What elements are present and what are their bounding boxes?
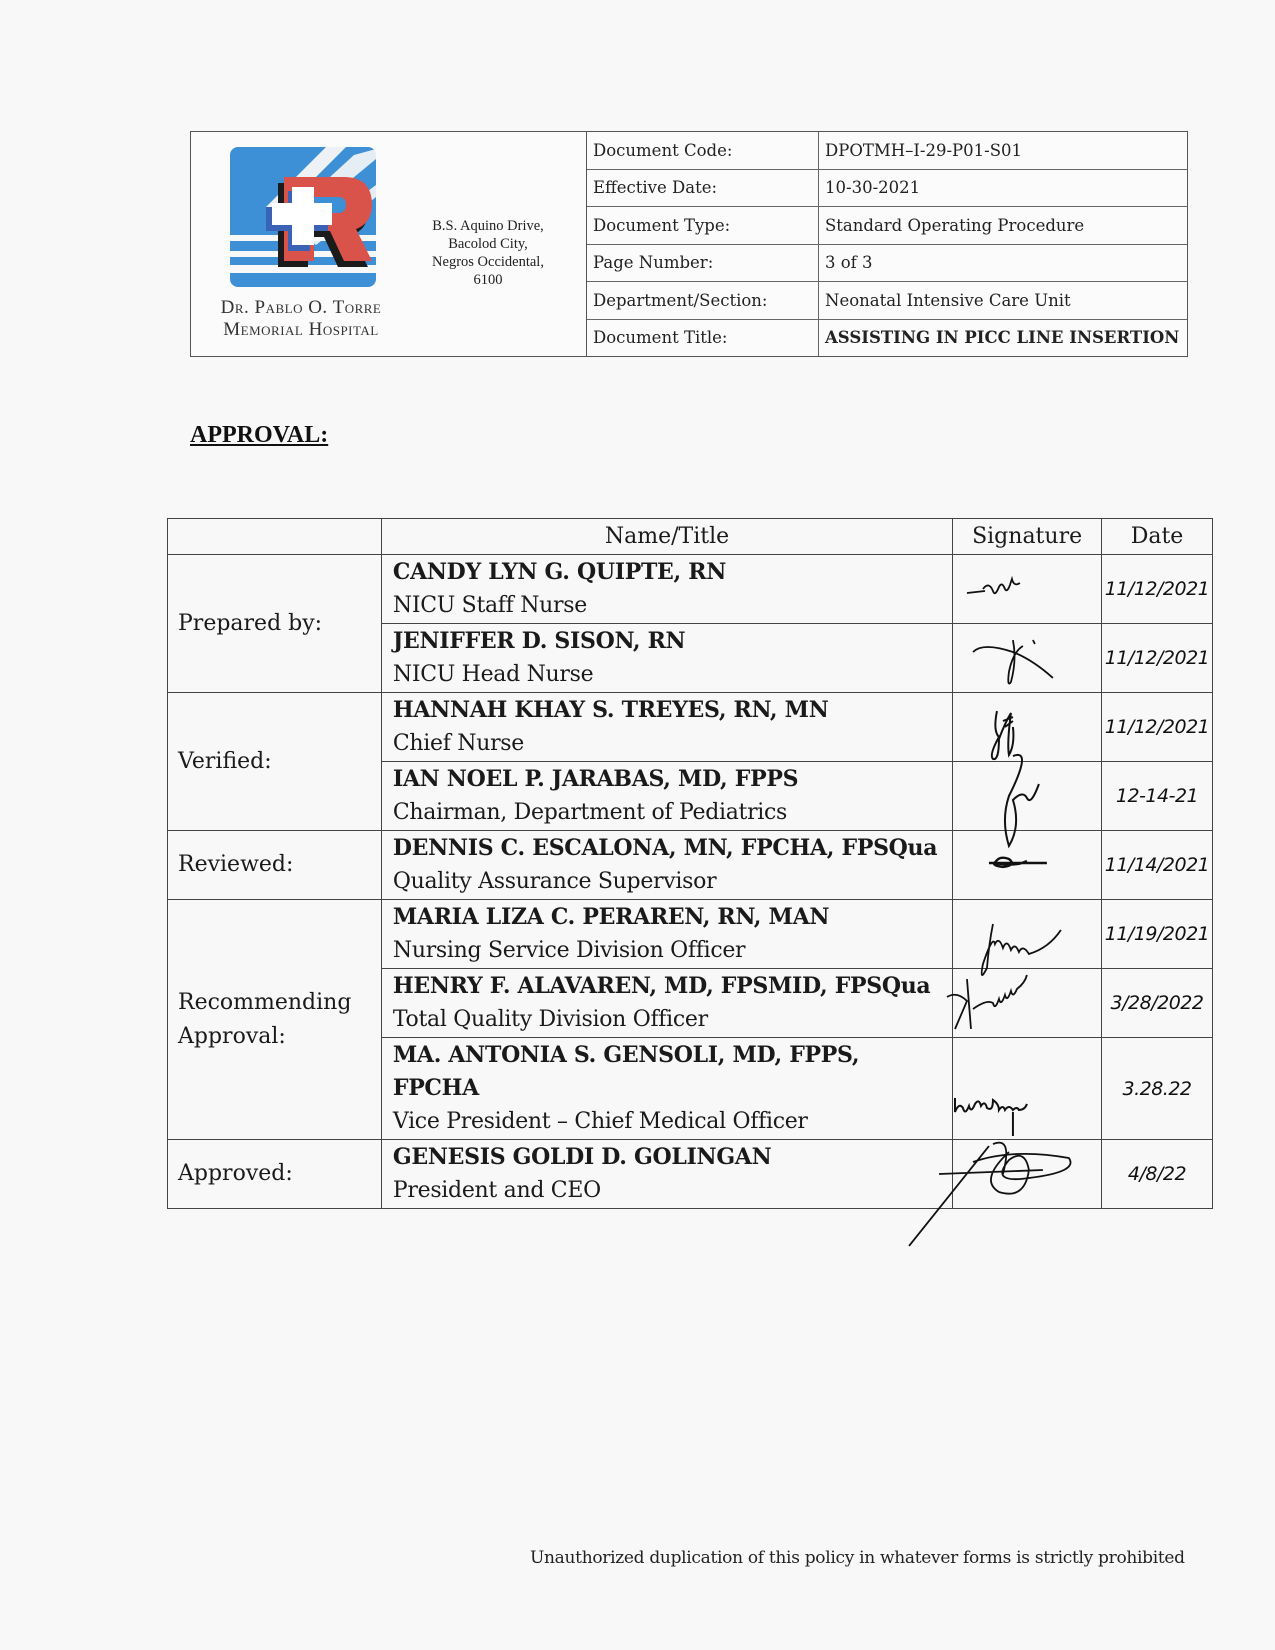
address-line: Negros Occidental, xyxy=(413,253,563,271)
role-label: Prepared by: xyxy=(168,555,382,693)
signature-cell xyxy=(953,1038,1102,1140)
person-title: NICU Head Nurse xyxy=(393,658,952,691)
person-title: Vice President – Chief Medical Officer xyxy=(393,1105,952,1138)
name-title-cell: MA. ANTONIA S. GENSOLI, MD, FPPS, FPCHA … xyxy=(381,1038,952,1140)
address-line: Bacolod City, xyxy=(413,235,563,253)
hospital-name-line1: Dr. Pablo O. Torre xyxy=(201,297,401,319)
document-header: Dr. Pablo O. Torre Memorial Hospital B.S… xyxy=(190,131,1188,357)
table-row: Approved: GENESIS GOLDI D. GOLINGAN Pres… xyxy=(168,1140,1213,1209)
signature-cell xyxy=(953,900,1102,969)
hospital-name-line2: Memorial Hospital xyxy=(201,319,401,341)
meta-label: Document Code: xyxy=(587,132,819,169)
meta-document-type: Document Type: Standard Operating Proced… xyxy=(587,207,1187,245)
meta-value: DPOTMH–I-29-P01-S01 xyxy=(819,132,1187,169)
meta-value: ASSISTING IN PICC LINE INSERTION xyxy=(819,320,1187,357)
signature-icon xyxy=(953,693,1101,761)
signature-icon xyxy=(953,900,1101,968)
address-line: 6100 xyxy=(413,271,563,289)
column-header-signature: Signature xyxy=(953,519,1102,555)
name-title-cell: HENRY F. ALAVAREN, MD, FPSMID, FPSQua To… xyxy=(381,969,952,1038)
meta-page-number: Page Number: 3 of 3 xyxy=(587,245,1187,283)
person-name: HENRY F. ALAVAREN, MD, FPSMID, FPSQua xyxy=(393,970,952,1003)
person-title: Total Quality Division Officer xyxy=(393,1003,952,1036)
signature-icon xyxy=(953,624,1101,692)
signature-cell xyxy=(953,969,1102,1038)
table-row: Recommending Approval: MARIA LIZA C. PER… xyxy=(168,900,1213,969)
signature-cell xyxy=(953,762,1102,831)
signature-icon xyxy=(953,831,1101,899)
person-name: IAN NOEL P. JARABAS, MD, FPPS xyxy=(393,763,952,796)
signature-cell xyxy=(953,693,1102,762)
date-cell: 12-14-21 xyxy=(1102,762,1213,831)
person-name: HANNAH KHAY S. TREYES, RN, MN xyxy=(393,694,952,727)
name-title-cell: IAN NOEL P. JARABAS, MD, FPPS Chairman, … xyxy=(381,762,952,831)
person-name: MARIA LIZA C. PERAREN, RN, MAN xyxy=(393,901,952,934)
signature-icon xyxy=(953,1038,1101,1139)
meta-value: 10-30-2021 xyxy=(819,170,1187,207)
column-header-date: Date xyxy=(1102,519,1213,555)
date-cell: 3/28/2022 xyxy=(1102,969,1213,1038)
meta-label: Page Number: xyxy=(587,245,819,282)
signature-cell xyxy=(953,1140,1102,1209)
date-cell: 11/12/2021 xyxy=(1102,693,1213,762)
date-cell: 11/19/2021 xyxy=(1102,900,1213,969)
name-title-cell: HANNAH KHAY S. TREYES, RN, MN Chief Nurs… xyxy=(381,693,952,762)
person-title: Chief Nurse xyxy=(393,727,952,760)
meta-department: Department/Section: Neonatal Intensive C… xyxy=(587,282,1187,320)
hospital-name: Dr. Pablo O. Torre Memorial Hospital xyxy=(201,297,401,341)
hospital-brand: Dr. Pablo O. Torre Memorial Hospital B.S… xyxy=(191,132,587,356)
table-header-row: Name/Title Signature Date xyxy=(168,519,1213,555)
role-label: Reviewed: xyxy=(168,831,382,900)
meta-document-code: Document Code: DPOTMH–I-29-P01-S01 xyxy=(587,132,1187,170)
meta-label: Department/Section: xyxy=(587,282,819,319)
person-title: Nursing Service Division Officer xyxy=(393,934,952,967)
name-title-cell: MARIA LIZA C. PERAREN, RN, MAN Nursing S… xyxy=(381,900,952,969)
role-label: Verified: xyxy=(168,693,382,831)
person-name: DENNIS C. ESCALONA, MN, FPCHA, FPSQua xyxy=(393,832,952,865)
meta-value: Standard Operating Procedure xyxy=(819,207,1187,244)
signature-icon xyxy=(953,762,1101,830)
signature-cell xyxy=(953,555,1102,624)
person-title: President and CEO xyxy=(393,1174,952,1207)
date-cell: 3.28.22 xyxy=(1102,1038,1213,1140)
document-page: Dr. Pablo O. Torre Memorial Hospital B.S… xyxy=(0,0,1275,1650)
footer-notice: Unauthorized duplication of this policy … xyxy=(530,1548,1185,1568)
table-row: Reviewed: DENNIS C. ESCALONA, MN, FPCHA,… xyxy=(168,831,1213,900)
approval-table: Name/Title Signature Date Prepared by: C… xyxy=(167,518,1213,1209)
name-title-cell: JENIFFER D. SISON, RN NICU Head Nurse xyxy=(381,624,952,693)
person-title: Quality Assurance Supervisor xyxy=(393,865,952,898)
meta-document-title: Document Title: ASSISTING IN PICC LINE I… xyxy=(587,320,1187,357)
meta-effective-date: Effective Date: 10-30-2021 xyxy=(587,170,1187,208)
hospital-address: B.S. Aquino Drive, Bacolod City, Negros … xyxy=(413,217,563,289)
signature-icon xyxy=(953,969,1101,1037)
meta-label: Effective Date: xyxy=(587,170,819,207)
table-row: Prepared by: CANDY LYN G. QUIPTE, RN NIC… xyxy=(168,555,1213,624)
table-row: Verified: HANNAH KHAY S. TREYES, RN, MN … xyxy=(168,693,1213,762)
name-title-cell: DENNIS C. ESCALONA, MN, FPCHA, FPSQua Qu… xyxy=(381,831,952,900)
person-title: NICU Staff Nurse xyxy=(393,589,952,622)
signature-cell xyxy=(953,624,1102,693)
column-header-name: Name/Title xyxy=(381,519,952,555)
meta-label: Document Type: xyxy=(587,207,819,244)
name-title-cell: GENESIS GOLDI D. GOLINGAN President and … xyxy=(381,1140,952,1209)
role-label: Recommending Approval: xyxy=(168,900,382,1140)
date-cell: 4/8/22 xyxy=(1102,1140,1213,1209)
column-header-role xyxy=(168,519,382,555)
date-cell: 11/12/2021 xyxy=(1102,624,1213,693)
name-title-cell: CANDY LYN G. QUIPTE, RN NICU Staff Nurse xyxy=(381,555,952,624)
person-name: MA. ANTONIA S. GENSOLI, MD, FPPS, FPCHA xyxy=(393,1039,952,1105)
meta-value: Neonatal Intensive Care Unit xyxy=(819,282,1187,319)
hospital-logo-icon xyxy=(226,145,384,295)
person-name: CANDY LYN G. QUIPTE, RN xyxy=(393,556,952,589)
signature-cell xyxy=(953,831,1102,900)
signature-icon xyxy=(953,555,1101,623)
approval-heading: APPROVAL: xyxy=(190,422,328,449)
date-cell: 11/12/2021 xyxy=(1102,555,1213,624)
meta-label: Document Title: xyxy=(587,320,819,357)
person-title: Chairman, Department of Pediatrics xyxy=(393,796,952,829)
meta-value: 3 of 3 xyxy=(819,245,1187,282)
role-label: Approved: xyxy=(168,1140,382,1209)
person-name: JENIFFER D. SISON, RN xyxy=(393,625,952,658)
signature-icon xyxy=(953,1140,1101,1208)
address-line: B.S. Aquino Drive, xyxy=(413,217,563,235)
document-metadata: Document Code: DPOTMH–I-29-P01-S01 Effec… xyxy=(587,132,1187,356)
date-cell: 11/14/2021 xyxy=(1102,831,1213,900)
person-name: GENESIS GOLDI D. GOLINGAN xyxy=(393,1141,952,1174)
